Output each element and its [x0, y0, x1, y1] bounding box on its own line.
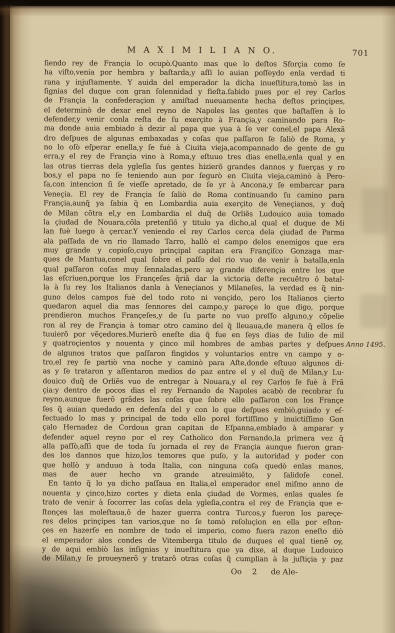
book-page-photo: M A X I M I L I A N O. 701 ſiendo rey de… [0, 0, 395, 633]
ink-bleed-through [362, 188, 388, 234]
text-line: de Milan,y ſe proueynerõ y tratarõ otras… [42, 554, 343, 565]
text-block: ſiendo rey de Françia lo ocupò.Quanto ma… [42, 58, 345, 564]
folio-number: 701 [352, 49, 369, 58]
colophon-row: Oo 2 de Ale- [42, 566, 343, 577]
margin-note-anno: Anno 1495. [346, 341, 385, 349]
page-paper: M A X I M I L I A N O. 701 ſiendo rey de… [10, 6, 395, 633]
signature-mark: Oo 2 [231, 567, 257, 577]
page-content: M A X I M I L I A N O. 701 ſiendo rey de… [9, 5, 395, 633]
ink-bleed-through [360, 294, 386, 328]
catchword: de Ale- [271, 567, 298, 577]
running-header: M A X I M I L I A N O. [44, 45, 344, 56]
